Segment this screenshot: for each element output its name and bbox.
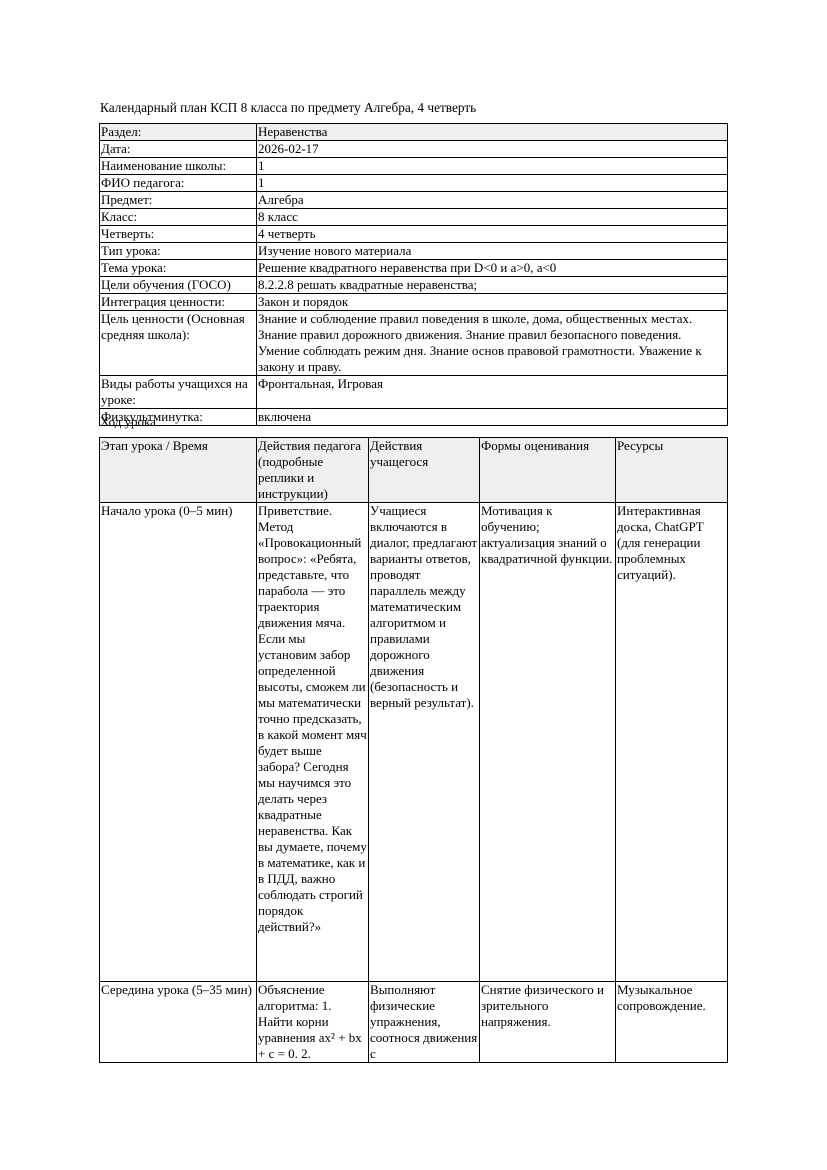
header-assessment: Формы оценивания xyxy=(480,438,616,503)
info-label: Цель ценности (Основная средняя школа): xyxy=(100,311,257,376)
info-value: включена xyxy=(257,409,728,426)
info-row-work-types: Виды работы учащихся на уроке: Фронтальн… xyxy=(100,376,728,409)
cell-teacher-actions: Объяснение алгоритма: 1. Найти корни ура… xyxy=(257,982,369,1063)
info-label: ФИО педагога: xyxy=(100,175,257,192)
cell-student-actions: Выполняют физические упражнения, соотнос… xyxy=(369,982,480,1063)
info-label: Четверть: xyxy=(100,226,257,243)
header-resources: Ресурсы xyxy=(616,438,728,503)
header-teacher-actions: Действия педагога (подробные реплики и и… xyxy=(257,438,369,503)
info-value: 4 четверть xyxy=(257,226,728,243)
cell-student-actions: Учащиеся включаются в диалог, предлагают… xyxy=(369,503,480,982)
cell-teacher-actions: Приветствие. Метод «Провокационный вопро… xyxy=(257,503,369,982)
info-label: Класс: xyxy=(100,209,257,226)
table-row: Середина урока (5–35 мин) Объяснение алг… xyxy=(100,982,728,1063)
info-label: Виды работы учащихся на уроке: xyxy=(100,376,257,409)
info-row-teacher: ФИО педагога: 1 xyxy=(100,175,728,192)
info-value: 2026-02-17 xyxy=(257,141,728,158)
info-value: Неравенства xyxy=(257,124,728,141)
info-row-school: Наименование школы: 1 xyxy=(100,158,728,175)
info-value: Изучение нового материала xyxy=(257,243,728,260)
info-row-learning-goals: Цели обучения (ГОСО) 8.2.2.8 решать квад… xyxy=(100,277,728,294)
info-row-topic: Тема урока: Решение квадратного неравенс… xyxy=(100,260,728,277)
lesson-flow-table: Этап урока / Время Действия педагога (по… xyxy=(99,437,728,1063)
lesson-flow-heading: Ход урока xyxy=(100,414,156,430)
lesson-table-header-row: Этап урока / Время Действия педагога (по… xyxy=(100,438,728,503)
info-value: Знание и соблюдение правил поведения в ш… xyxy=(257,311,728,376)
info-row-value-integration: Интеграция ценности: Закон и порядок xyxy=(100,294,728,311)
cell-resources: Интерактивная доска, ChatGPT (для генера… xyxy=(616,503,728,982)
info-row-grade: Класс: 8 класс xyxy=(100,209,728,226)
info-row-quarter: Четверть: 4 четверть xyxy=(100,226,728,243)
info-value: Закон и порядок xyxy=(257,294,728,311)
cell-stage: Начало урока (0–5 мин) xyxy=(100,503,257,982)
info-label: Наименование школы: xyxy=(100,158,257,175)
info-row-lesson-type: Тип урока: Изучение нового материала xyxy=(100,243,728,260)
info-label: Интеграция ценности: xyxy=(100,294,257,311)
info-label: Тема урока: xyxy=(100,260,257,277)
info-label: Дата: xyxy=(100,141,257,158)
cell-stage: Середина урока (5–35 мин) xyxy=(100,982,257,1063)
cell-assessment: Снятие физического и зрительного напряже… xyxy=(480,982,616,1063)
info-label: Цели обучения (ГОСО) xyxy=(100,277,257,294)
page-title: Календарный план КСП 8 класса по предмет… xyxy=(100,100,476,116)
header-student-actions: Действия учащегося xyxy=(369,438,480,503)
info-value: Фронтальная, Игровая xyxy=(257,376,728,409)
info-value: Алгебра xyxy=(257,192,728,209)
info-value: 1 xyxy=(257,175,728,192)
info-row-subject: Предмет: Алгебра xyxy=(100,192,728,209)
info-label: Раздел: xyxy=(100,124,257,141)
info-row-section: Раздел: Неравенства xyxy=(100,124,728,141)
info-value: 8.2.2.8 решать квадратные неравенства; xyxy=(257,277,728,294)
info-label: Тип урока: xyxy=(100,243,257,260)
cell-assessment: Мотивация к обучению; актуализация знани… xyxy=(480,503,616,982)
info-value: Решение квадратного неравенства при D<0 … xyxy=(257,260,728,277)
info-row-value-goal: Цель ценности (Основная средняя школа): … xyxy=(100,311,728,376)
info-value: 1 xyxy=(257,158,728,175)
info-row-date: Дата: 2026-02-17 xyxy=(100,141,728,158)
table-row: Начало урока (0–5 мин) Приветствие. Мето… xyxy=(100,503,728,982)
lesson-info-table: Раздел: Неравенства Дата: 2026-02-17 Наи… xyxy=(99,123,728,426)
header-stage: Этап урока / Время xyxy=(100,438,257,503)
info-row-physical-break: Физкультминутка: включена xyxy=(100,409,728,426)
info-value: 8 класс xyxy=(257,209,728,226)
info-label: Предмет: xyxy=(100,192,257,209)
cell-resources: Музыкальное сопровождение. xyxy=(616,982,728,1063)
